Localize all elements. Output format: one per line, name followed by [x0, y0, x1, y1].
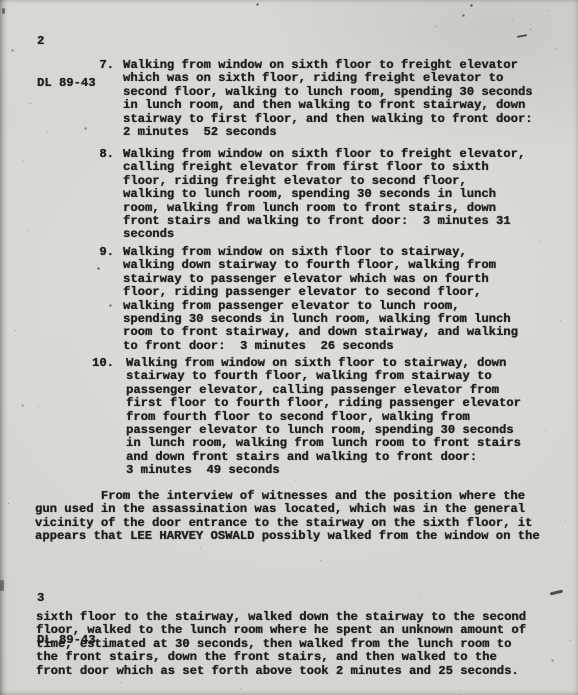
ink-smudge	[517, 34, 527, 38]
item-number: 9.	[88, 246, 114, 259]
item-text: Walking from window on sixth floor to fr…	[123, 59, 533, 139]
scanned-document: 2 DL 89-43 7. Walking from window on six…	[0, 0, 578, 695]
page-number: 3	[37, 591, 96, 606]
item-text: Walking from window on sixth floor to st…	[126, 357, 521, 478]
ink-smudge	[0, 580, 4, 591]
closing-paragraph: From the interview of witnesses and the …	[35, 490, 540, 544]
page-2-header: 2 DL 89-43	[37, 7, 96, 117]
item-text: Walking from window on sixth floor to st…	[123, 246, 518, 353]
file-number: DL 89-43	[37, 76, 96, 91]
item-text: Walking from window on sixth floor to fr…	[123, 148, 525, 242]
item-number: 10.	[88, 357, 114, 370]
page-number: 2	[37, 34, 96, 49]
item-number: 8.	[88, 148, 114, 161]
continuation-paragraph: sixth floor to the stairway, walked down…	[36, 611, 526, 678]
scan-noise-speckles	[0, 0, 1, 1]
item-number: 7.	[88, 59, 114, 72]
ink-smudge	[2, 8, 5, 14]
ink-smudge	[550, 589, 563, 595]
